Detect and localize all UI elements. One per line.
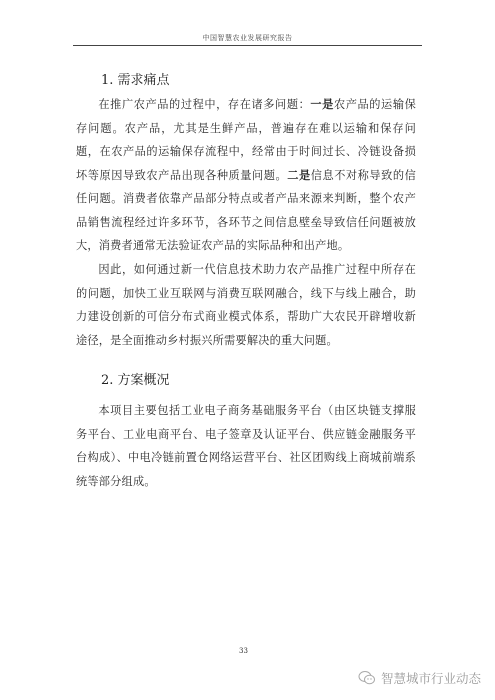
text-span: 因此，如何通过新一代信息技术助力农产品推广过程中所存在的问题，加快工业互联网与消… bbox=[76, 263, 416, 347]
paragraph-therefore: 因此，如何通过新一代信息技术助力农产品推广过程中所存在的问题，加快工业互联网与消… bbox=[76, 258, 416, 352]
page-number: 33 bbox=[239, 647, 248, 655]
watermark: 智慧城市行业动态 bbox=[358, 669, 481, 687]
paragraph-project-scope: 本项目主要包括工业电子商务基础服务平台（由区块链支撑服务平台、工业电商平台、电子… bbox=[76, 399, 416, 493]
header-divider bbox=[73, 45, 422, 46]
text-span: 在推广农产品的过程中，存在诸多问题： bbox=[98, 98, 310, 111]
bold-marker-first: 一是 bbox=[310, 97, 334, 111]
paragraph-problems: 在推广农产品的过程中，存在诸多问题：一是农产品的运输保存问题。农产品，尤其是生鲜… bbox=[76, 93, 416, 258]
watermark-text: 智慧城市行业动态 bbox=[381, 669, 481, 687]
wechat-icon bbox=[358, 670, 376, 686]
section-heading-demand-pain-points: 1. 需求痛点 bbox=[101, 69, 170, 88]
running-header: 中国智慧农业发展研究报告 bbox=[73, 33, 422, 43]
section-heading-solution-overview: 2. 方案概况 bbox=[101, 369, 170, 388]
text-span: 本项目主要包括工业电子商务基础服务平台（由区块链支撑服务平台、工业电商平台、电子… bbox=[76, 404, 416, 488]
bold-marker-second: 二是 bbox=[287, 168, 310, 182]
